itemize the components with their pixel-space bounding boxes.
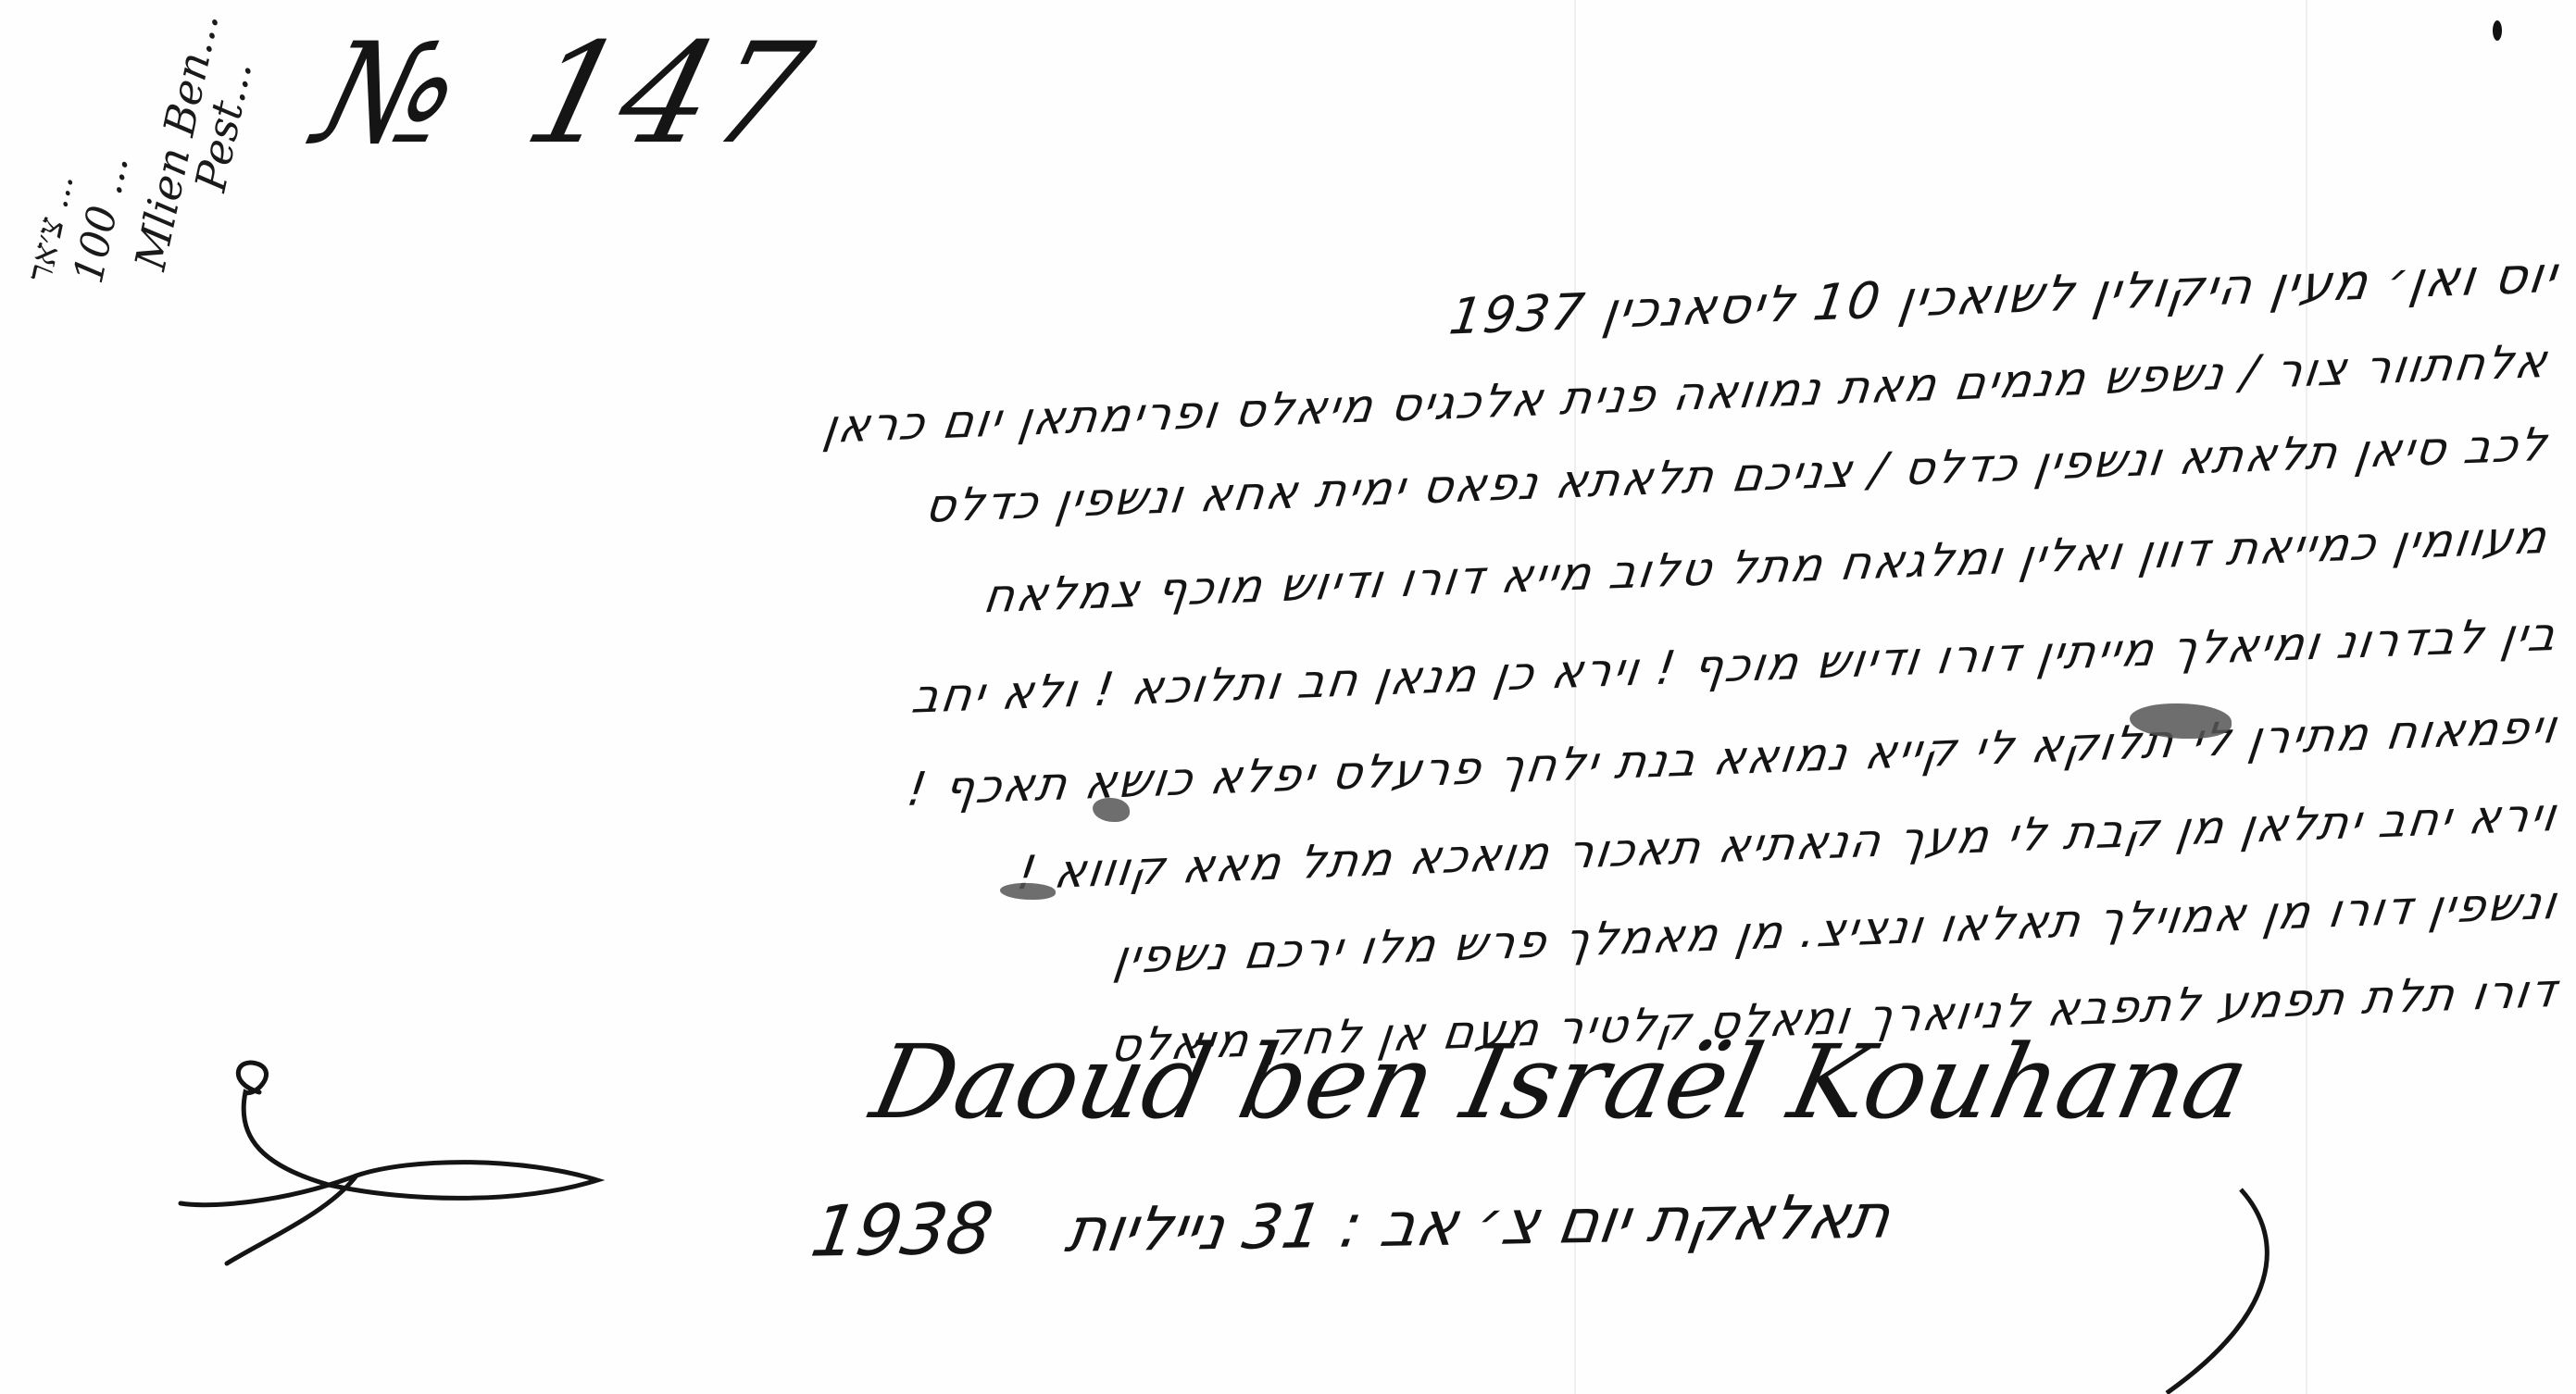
reference-number: №147 [305, 9, 830, 167]
text-line-1: יוס ואן׳ מעין היקולין לשואכין 10 ליסאנכי… [1446, 250, 2561, 342]
margin-note: 100 ... [65, 151, 138, 287]
text-line-7: וירא יחב יתלאן מן קבת לי מעך הנאתיא תאכו… [1015, 791, 2561, 896]
closing-date-hebrew: תאלאקת יום צ׳ אב : 31 נייליות [1061, 1180, 1895, 1265]
closing-parenthesis-icon [2130, 1185, 2296, 1394]
document-page: צ׳אר ... 100 ... Mlien Ben... Pest... №1… [0, 0, 2576, 1394]
paraph-flourish-icon [171, 1055, 653, 1268]
signature: Daoud ben Israël Kouhana [862, 1023, 2257, 1141]
text-line-5: בין לבדרונ ומיאלך מייתין דורו ודיוש מוכף… [909, 611, 2560, 720]
closing-year: 1938 [806, 1187, 998, 1272]
ink-mark [2493, 20, 2502, 41]
reference-number-value: 147 [512, 14, 829, 175]
number-sign: № [303, 14, 469, 175]
text-line-4: מעוומין כמייאת דוון ואלין ומלגאח מתל טלו… [982, 514, 2552, 619]
ink-blot [1093, 798, 1130, 822]
ink-blot [1000, 883, 1056, 900]
text-line-8: ונשפין דורו מן אמוילך תאלאו ונציצ. מן מא… [1111, 879, 2560, 980]
